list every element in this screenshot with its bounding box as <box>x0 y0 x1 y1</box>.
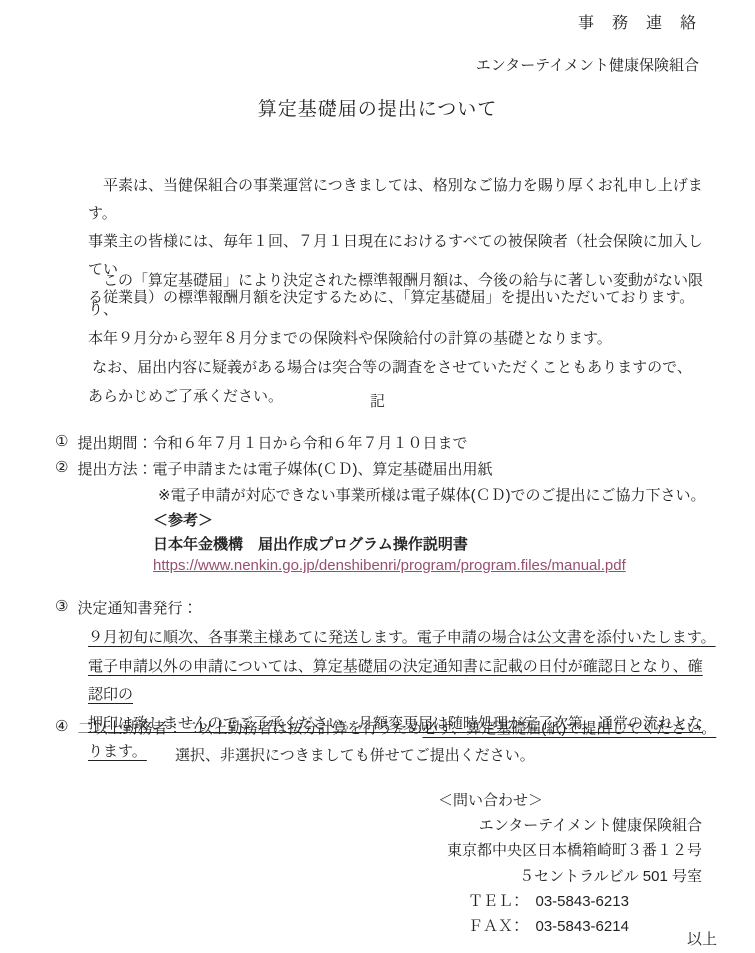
reference-title: 日本年金機構 届出作成プログラム操作説明書 <box>153 533 468 554</box>
item-number: ② <box>55 458 68 479</box>
item-2-submission-method: ② 提出方法：電子申請または電子媒体(ＣＤ)、算定基礎届出用紙 <box>55 458 492 479</box>
item-3-decision-notice: ③ 決定通知書発行： <box>55 597 197 618</box>
item-text: 提出方法：電子申請または電子媒体(ＣＤ)、算定基礎届出用紙 <box>77 458 492 479</box>
item-text: 二以上勤務者：二以上勤務者は按分計算を行うため必ず、算定基礎届(紙)で提出してく… <box>77 717 716 738</box>
manual-link[interactable]: https://www.nenkin.go.jp/denshibenri/pro… <box>153 557 626 574</box>
contact-fax: ＦＡＸ： 03-5843-6214 <box>438 914 702 939</box>
item-4-underlined: 必ず、算定基礎届(紙)で提出してください。 <box>422 720 716 737</box>
contact-block: ＜問い合わせ＞ エンターテイメント健康保険組合 東京都中央区日本橋箱崎町３番１２… <box>438 788 702 939</box>
issuer-name: エンターテイメント健康保険組合 <box>476 54 699 75</box>
contact-address-2: ５セントラルビル 501 号室 <box>438 864 702 889</box>
body-line: この「算定基礎届」により決定された標準報酬月額は、今後の給与に著しい変動がない限… <box>88 266 713 324</box>
doc-type-label: 事 務 連 絡 <box>578 10 697 33</box>
reference-link-row: https://www.nenkin.go.jp/denshibenri/pro… <box>153 557 626 574</box>
item-2-note: ※電子申請が対応できない事業所様は電子媒体(ＣＤ)でのご提出にご協力下さい。 <box>158 484 706 505</box>
body-line: なお、届出内容に疑義がある場合は突合等の調査をさせていただくこともありますので、 <box>88 353 713 382</box>
contact-tel: ＴＥＬ： 03-5843-6213 <box>438 889 702 914</box>
item-4-lead: 二以上勤務者：二以上勤務者は按分計算を行うため <box>77 720 422 737</box>
page-title: 算定基礎届の提出について <box>0 94 755 121</box>
contact-org: エンターテイメント健康保険組合 <box>438 813 702 838</box>
item-number: ④ <box>55 717 68 738</box>
item-1-submission-period: ① 提出期間：令和６年７月１日から令和６年７月１０日まで <box>55 432 467 453</box>
item-4-line2: 選択、非選択につきましても併せてご提出ください。 <box>175 744 535 765</box>
document-page: 事 務 連 絡 エンターテイメント健康保険組合 算定基礎届の提出について 平素は… <box>0 0 755 953</box>
greeting-line: 平素は、当健保組合の事業運営につきましては、格別なご協力を賜り厚くお礼申し上げま… <box>88 172 713 228</box>
item-number: ① <box>55 432 68 453</box>
item-3-line: ９月初旬に順次、各事業主様あてに発送します。電子申請の場合は公文書を添付いたしま… <box>88 624 717 653</box>
item-heading: 決定通知書発行： <box>77 597 197 618</box>
contact-address-1: 東京都中央区日本橋箱崎町３番１２号 <box>438 838 702 863</box>
item-3-line: 電子申請以外の申請については、算定基礎届の決定通知書に記載の日付が確認日となり、… <box>88 653 717 710</box>
item-text: 提出期間：令和６年７月１日から令和６年７月１０日まで <box>77 432 467 453</box>
reference-label: ＜参考＞ <box>153 509 213 530</box>
closing-label: 以上 <box>687 928 717 949</box>
record-marker: 記 <box>0 390 755 411</box>
body-line: 本年９月分から翌年８月分までの保険料や保険給付の計算の基礎となります。 <box>88 324 713 353</box>
contact-label: ＜問い合わせ＞ <box>438 788 702 813</box>
item-4-multiple-employment: ④ 二以上勤務者：二以上勤務者は按分計算を行うため必ず、算定基礎届(紙)で提出し… <box>55 717 716 738</box>
item-number: ③ <box>55 597 68 618</box>
